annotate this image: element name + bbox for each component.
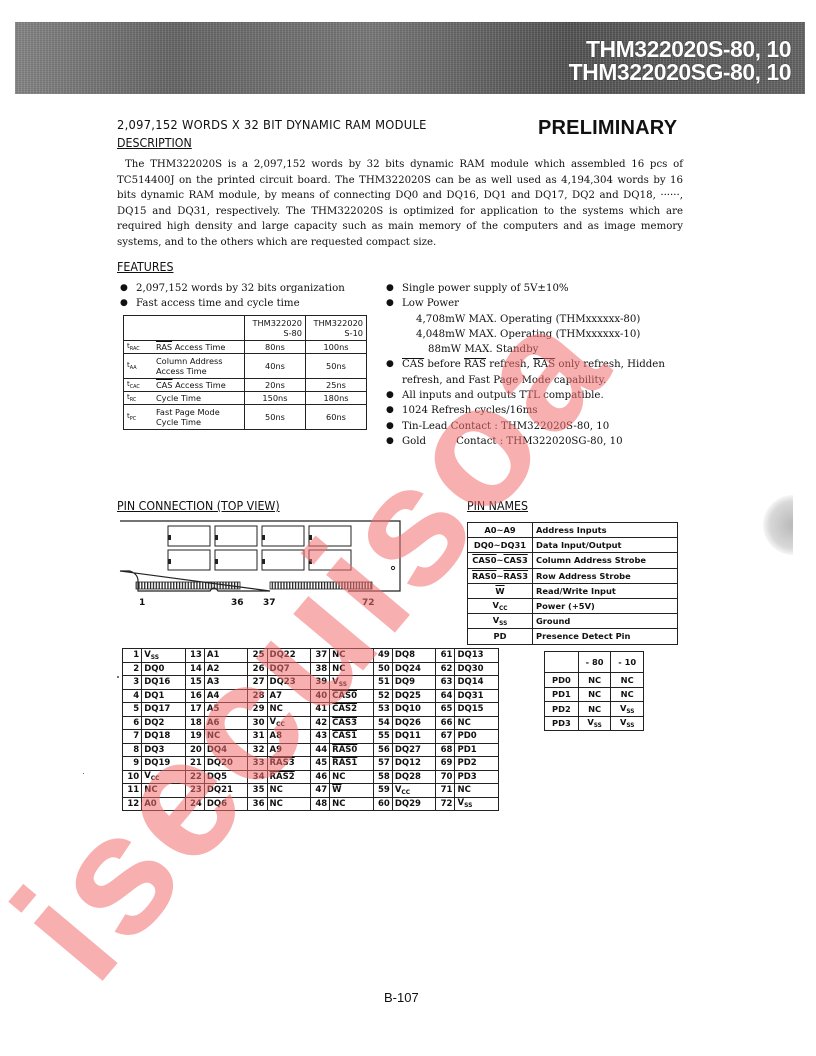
pin-signal: PD3 — [455, 770, 499, 784]
pin-number: 42 — [310, 716, 329, 730]
pin-number: 32 — [248, 743, 267, 757]
pinout-row: 9DQ1921DQ2033RAS345RAS157DQ1269PD2 — [123, 757, 499, 771]
pin-signal: A7 — [267, 689, 310, 703]
pin-name-symbol: A0~A9 — [468, 523, 533, 538]
pin-signal: NC — [330, 662, 373, 676]
pin-number: 15 — [185, 676, 204, 690]
pin-number: 57 — [373, 757, 392, 771]
timing-row: tPCFast Page Mode Cycle Time50ns60ns — [124, 405, 367, 430]
pin-number: 69 — [436, 757, 455, 771]
page-number: B-107 — [384, 990, 419, 1005]
pin-signal: NC — [267, 784, 310, 798]
pin-signal: CAS2 — [330, 703, 373, 717]
pin-name-row: VCCPower (+5V) — [468, 598, 678, 613]
pin-signal: DQ15 — [455, 703, 499, 717]
pin-label-36: 36 — [231, 598, 244, 608]
pin-number: 14 — [185, 662, 204, 676]
pin-number: 21 — [185, 757, 204, 771]
pin-name-description: Row Address Strobe — [533, 568, 678, 583]
pin-number: 2 — [123, 662, 142, 676]
pin-signal: VCC — [392, 784, 435, 798]
pin-signal: VSS — [330, 676, 373, 690]
pin-number: 51 — [373, 676, 392, 690]
pinout-row: 1VSS13A125DQ2237NC49DQ861DQ13 — [123, 649, 499, 663]
pd-value: VSS — [611, 716, 644, 731]
pin-signal: NC — [330, 770, 373, 784]
pin-signal: DQ22 — [267, 649, 310, 663]
pin-label-37: 37 — [263, 598, 276, 608]
pin-number: 53 — [373, 703, 392, 717]
pin-number: 61 — [436, 649, 455, 663]
timing-table: THM322020S-80THM322020S-10tRACRAS Access… — [123, 315, 367, 430]
pin-number: 17 — [185, 703, 204, 717]
timing-parameter: RAS Access Time — [153, 341, 245, 354]
timing-symbol: tAA — [124, 354, 153, 379]
part-number-secondary: THM322020SG-80, 10 — [569, 59, 791, 86]
pd-value: NC — [611, 673, 644, 688]
pin-number: 64 — [436, 689, 455, 703]
presence-detect-table: - 80- 10PD0NCNCPD1NCNCPD2NCVSSPD3VSSVSS — [544, 651, 644, 731]
pin-number: 18 — [185, 716, 204, 730]
pin-signal: A9 — [267, 743, 310, 757]
pin-name-symbol: DQ0~DQ31 — [468, 538, 533, 553]
pin-number: 9 — [123, 757, 142, 771]
timing-value-s10: 60ns — [305, 405, 366, 430]
pin-name-row: DQ0~DQ31Data Input/Output — [468, 538, 678, 553]
pin-number: 39 — [310, 676, 329, 690]
timing-header-row: THM322020S-80THM322020S-10 — [124, 316, 367, 341]
pin-number: 55 — [373, 730, 392, 744]
pd-pin: PD0 — [545, 673, 579, 688]
pin-signal: DQ4 — [204, 743, 247, 757]
pin-signal: A0 — [142, 797, 185, 811]
bullet-icon: ● — [120, 281, 128, 296]
pin-signal: PD0 — [455, 730, 499, 744]
pd-value: VSS — [611, 702, 644, 717]
feature-item: ● 2,097,152 words by 32 bits organizatio… — [117, 281, 377, 296]
pin-names-heading: PIN NAMES — [467, 499, 528, 513]
pinout-table: 1VSS13A125DQ2237NC49DQ861DQ132DQ014A226D… — [122, 648, 499, 811]
pin-signal: A2 — [204, 662, 247, 676]
pin-number: 8 — [123, 743, 142, 757]
pd-column-header: - 80 — [578, 652, 611, 673]
pin-number: 31 — [248, 730, 267, 744]
pin-number: 5 — [123, 703, 142, 717]
pinout-row: 5DQ1717A529NC41CAS253DQ1065DQ15 — [123, 703, 499, 717]
pd-row: PD3VSSVSS — [545, 716, 644, 731]
pin-label-1: 1 — [139, 598, 145, 608]
pin-signal: NC — [142, 784, 185, 798]
description-text: The THM322020S is a 2,097,152 words by 3… — [117, 157, 683, 250]
pin-signal: A4 — [204, 689, 247, 703]
pin-number: 62 — [436, 662, 455, 676]
pin-signal: VSS — [142, 649, 185, 663]
pin-name-symbol: CAS0~CAS3 — [468, 553, 533, 568]
pin-number: 24 — [185, 797, 204, 811]
pin-signal: DQ18 — [142, 730, 185, 744]
pinout-row: 6DQ218A630VCC42CAS354DQ2666NC — [123, 716, 499, 730]
pin-signal: CAS1 — [330, 730, 373, 744]
pin-name-row: VSSGround — [468, 614, 678, 629]
feature-item: ● All inputs and outputs TTL compatible. — [383, 388, 713, 403]
pin-signal: NC — [455, 716, 499, 730]
pin-number: 25 — [248, 649, 267, 663]
pin-number: 22 — [185, 770, 204, 784]
pin-name-row: A0~A9Address Inputs — [468, 523, 678, 538]
pin-signal: NC — [330, 797, 373, 811]
pin-number: 54 — [373, 716, 392, 730]
pin-signal: DQ12 — [392, 757, 435, 771]
pin-number: 28 — [248, 689, 267, 703]
pd-column-header — [545, 652, 579, 673]
pin-number: 36 — [248, 797, 267, 811]
pin-number: 58 — [373, 770, 392, 784]
pin-signal: RAS3 — [267, 757, 310, 771]
pin-signal: NC — [204, 730, 247, 744]
pin-name-row: CAS0~CAS3Column Address Strobe — [468, 553, 678, 568]
timing-parameter: Column Address Access Time — [153, 354, 245, 379]
bullet-icon: ● — [386, 419, 394, 434]
pin-signal: DQ19 — [142, 757, 185, 771]
pd-value: NC — [578, 702, 611, 717]
pin-name-description: Address Inputs — [533, 523, 678, 538]
pin-number: 27 — [248, 676, 267, 690]
pin-signal: DQ25 — [392, 689, 435, 703]
pin-signal: DQ0 — [142, 662, 185, 676]
pinout-row: 8DQ320DQ432A944RAS056DQ2768PD1 — [123, 743, 499, 757]
pd-row: PD2NCVSS — [545, 702, 644, 717]
pin-signal: DQ10 — [392, 703, 435, 717]
features-list-right: ● Single power supply of 5V±10% ● Low Po… — [383, 281, 713, 449]
pin-signal: NC — [330, 649, 373, 663]
pin-signal: W — [330, 784, 373, 798]
pin-signal: DQ21 — [204, 784, 247, 798]
pin-number: 65 — [436, 703, 455, 717]
pin-signal: RAS1 — [330, 757, 373, 771]
pin-number: 48 — [310, 797, 329, 811]
pin-label-72: 72 — [362, 598, 375, 608]
pin-name-symbol: VSS — [468, 614, 533, 629]
pin-number: 46 — [310, 770, 329, 784]
feature-item: ● Tin-Lead Contact : THM322020S-80, 10 — [383, 419, 713, 434]
pin-number: 40 — [310, 689, 329, 703]
pin-signal: DQ26 — [392, 716, 435, 730]
bullet-icon: ● — [120, 296, 128, 311]
pin-signal: DQ17 — [142, 703, 185, 717]
feature-item: ● 1024 Refresh cycles/16ms — [383, 403, 713, 418]
pd-header-row: - 80- 10 — [545, 652, 644, 673]
pin-number: 66 — [436, 716, 455, 730]
pin-signal: A3 — [204, 676, 247, 690]
pin-number: 45 — [310, 757, 329, 771]
feature-item-continuation: refresh, and Fast Page Mode capability. — [383, 373, 713, 388]
pin-number: 41 — [310, 703, 329, 717]
features-heading: FEATURES — [117, 260, 174, 274]
pin-signal: DQ29 — [392, 797, 435, 811]
timing-value-s10: 180ns — [305, 392, 366, 405]
pin-name-description: Ground — [533, 614, 678, 629]
pinout-row: 7DQ1819NC31A843CAS155DQ1167PD0 — [123, 730, 499, 744]
pin-signal: A5 — [204, 703, 247, 717]
pin-name-description: Column Address Strobe — [533, 553, 678, 568]
pin-signal: RAS0 — [330, 743, 373, 757]
pd-column-header: - 10 — [611, 652, 644, 673]
pin-signal: CAS3 — [330, 716, 373, 730]
pin-signal: A8 — [267, 730, 310, 744]
pin-name-symbol: RAS0~RAS3 — [468, 568, 533, 583]
description-heading: DESCRIPTION — [117, 136, 192, 150]
scan-artifact — [763, 495, 793, 555]
pin-signal: NC — [267, 703, 310, 717]
feature-subitem: 4,708mW MAX. Operating (THMxxxxxx-80) — [383, 312, 713, 327]
pin-number: 30 — [248, 716, 267, 730]
pin-signal: DQ28 — [392, 770, 435, 784]
pin-number: 6 — [123, 716, 142, 730]
pin-names-table: A0~A9Address InputsDQ0~DQ31Data Input/Ou… — [467, 522, 678, 645]
pin-name-description: Power (+5V) — [533, 598, 678, 613]
pin-number: 49 — [373, 649, 392, 663]
pin-signal: DQ9 — [392, 676, 435, 690]
timing-symbol: tPC — [124, 405, 153, 430]
timing-value-s80: 40ns — [244, 354, 305, 379]
pinout-row: 3DQ1615A327DQ2339VSS51DQ963DQ14 — [123, 676, 499, 690]
pd-value: NC — [611, 687, 644, 702]
bullet-icon: ● — [386, 296, 394, 311]
pin-number: 10 — [123, 770, 142, 784]
pin-number: 71 — [436, 784, 455, 798]
timing-value-s80: 80ns — [244, 341, 305, 354]
timing-value-s10: 100ns — [305, 341, 366, 354]
pin-signal: DQ1 — [142, 689, 185, 703]
scan-speck — [83, 773, 84, 774]
pd-value: NC — [578, 687, 611, 702]
pin-number: 11 — [123, 784, 142, 798]
pin-name-row: PDPresence Detect Pin — [468, 629, 678, 644]
pin-number: 1 — [123, 649, 142, 663]
pin-number: 33 — [248, 757, 267, 771]
pd-value: NC — [578, 673, 611, 688]
feature-item: ● Low Power — [383, 296, 713, 311]
pin-number: 35 — [248, 784, 267, 798]
timing-value-s80: 20ns — [244, 379, 305, 392]
bullet-icon: ● — [386, 281, 394, 296]
pin-number: 56 — [373, 743, 392, 757]
pin-number: 43 — [310, 730, 329, 744]
pin-number: 13 — [185, 649, 204, 663]
pd-row: PD0NCNC — [545, 673, 644, 688]
pinout-row: 2DQ014A226DQ738NC50DQ2462DQ30 — [123, 662, 499, 676]
pinout-row: 4DQ116A428A740CAS052DQ2564DQ31 — [123, 689, 499, 703]
pd-value: VSS — [578, 716, 611, 731]
pin-number: 20 — [185, 743, 204, 757]
pin-signal: DQ24 — [392, 662, 435, 676]
pin-number: 38 — [310, 662, 329, 676]
pin-signal: A1 — [204, 649, 247, 663]
pin-signal: DQ30 — [455, 662, 499, 676]
feature-item: ● CAS before RAS refresh, RAS only refre… — [383, 357, 713, 372]
pd-pin: PD3 — [545, 716, 579, 731]
feature-subitem: 88mW MAX. Standby — [383, 342, 713, 357]
pin-number: 44 — [310, 743, 329, 757]
document-subtitle: 2,097,152 WORDS X 32 BIT DYNAMIC RAM MOD… — [117, 117, 427, 132]
pin-signal: NC — [267, 797, 310, 811]
pin-name-row: WRead/Write Input — [468, 583, 678, 598]
bullet-icon: ● — [386, 388, 394, 403]
pin-signal: CAS0 — [330, 689, 373, 703]
pin-signal: DQ16 — [142, 676, 185, 690]
feature-item: ● Single power supply of 5V±10% — [383, 281, 713, 296]
pin-name-symbol: PD — [468, 629, 533, 644]
pin-signal: DQ23 — [267, 676, 310, 690]
pin-number: 47 — [310, 784, 329, 798]
pin-signal: PD1 — [455, 743, 499, 757]
pin-signal: DQ31 — [455, 689, 499, 703]
pin-name-description: Presence Detect Pin — [533, 629, 678, 644]
pin-number: 16 — [185, 689, 204, 703]
timing-value-s10: 25ns — [305, 379, 366, 392]
pin-signal: DQ27 — [392, 743, 435, 757]
timing-parameter: CAS Access Time — [153, 379, 245, 392]
features-list-left: ● 2,097,152 words by 32 bits organizatio… — [117, 281, 377, 312]
bullet-icon: ● — [386, 403, 394, 418]
module-outline-diagram — [118, 519, 403, 597]
pin-number: 4 — [123, 689, 142, 703]
pin-number: 34 — [248, 770, 267, 784]
pin-signal: DQ14 — [455, 676, 499, 690]
pin-number: 29 — [248, 703, 267, 717]
pin-number: 63 — [436, 676, 455, 690]
pin-signal: DQ7 — [267, 662, 310, 676]
pd-row: PD1NCNC — [545, 687, 644, 702]
timing-column-header: THM322020S-80 — [244, 316, 305, 341]
pin-signal: DQ11 — [392, 730, 435, 744]
pin-signal: DQ5 — [204, 770, 247, 784]
timing-value-s10: 50ns — [305, 354, 366, 379]
scan-speck — [117, 676, 119, 678]
pin-number: 3 — [123, 676, 142, 690]
pin-number: 52 — [373, 689, 392, 703]
pin-signal: NC — [455, 784, 499, 798]
pin-name-description: Read/Write Input — [533, 583, 678, 598]
timing-header-blank — [124, 316, 245, 341]
pin-number: 37 — [310, 649, 329, 663]
pinout-row: 11NC23DQ2135NC47W59VCC71NC — [123, 784, 499, 798]
timing-value-s80: 150ns — [244, 392, 305, 405]
timing-row: tRACRAS Access Time80ns100ns — [124, 341, 367, 354]
feature-subitem: 4,048mW MAX. Operating (THMxxxxxx-10) — [383, 327, 713, 342]
pin-signal: DQ20 — [204, 757, 247, 771]
pin-signal: A6 — [204, 716, 247, 730]
pin-signal: VCC — [267, 716, 310, 730]
pin-number: 60 — [373, 797, 392, 811]
pin-signal: RAS2 — [267, 770, 310, 784]
pin-number: 50 — [373, 662, 392, 676]
pin-number: 70 — [436, 770, 455, 784]
pin-signal: DQ6 — [204, 797, 247, 811]
pinout-row: 10VCC22DQ534RAS246NC58DQ2870PD3 — [123, 770, 499, 784]
pd-pin: PD1 — [545, 687, 579, 702]
bullet-icon: ● — [386, 357, 394, 372]
pin-connection-heading: PIN CONNECTION (TOP VIEW) — [117, 499, 280, 513]
pin-number: 12 — [123, 797, 142, 811]
timing-column-header: THM322020S-10 — [305, 316, 366, 341]
pin-number: 72 — [436, 797, 455, 811]
pin-signal: DQ3 — [142, 743, 185, 757]
feature-item: ● Fast access time and cycle time — [117, 296, 377, 311]
pin-number: 68 — [436, 743, 455, 757]
timing-row: tCACCAS Access Time20ns25ns — [124, 379, 367, 392]
timing-parameter: Fast Page Mode Cycle Time — [153, 405, 245, 430]
pin-name-symbol: W — [468, 583, 533, 598]
pin-number: 19 — [185, 730, 204, 744]
pin-signal: VSS — [455, 797, 499, 811]
timing-value-s80: 50ns — [244, 405, 305, 430]
timing-row: tRCCycle Time150ns180ns — [124, 392, 367, 405]
timing-symbol: tRAC — [124, 341, 153, 354]
bullet-icon: ● — [386, 434, 394, 449]
pd-pin: PD2 — [545, 702, 579, 717]
pin-number: 59 — [373, 784, 392, 798]
pinout-row: 12A024DQ636NC48NC60DQ2972VSS — [123, 797, 499, 811]
pin-signal: DQ2 — [142, 716, 185, 730]
pin-signal: PD2 — [455, 757, 499, 771]
timing-parameter: Cycle Time — [153, 392, 245, 405]
pin-number: 67 — [436, 730, 455, 744]
pin-signal: DQ13 — [455, 649, 499, 663]
timing-symbol: tRC — [124, 392, 153, 405]
pin-number: 26 — [248, 662, 267, 676]
pin-name-symbol: VCC — [468, 598, 533, 613]
pin-number: 7 — [123, 730, 142, 744]
timing-row: tAAColumn Address Access Time40ns50ns — [124, 354, 367, 379]
timing-symbol: tCAC — [124, 379, 153, 392]
pin-name-row: RAS0~RAS3Row Address Strobe — [468, 568, 678, 583]
header-banner: THM322020S-80, 10 THM322020SG-80, 10 — [15, 22, 805, 94]
pin-signal: VCC — [142, 770, 185, 784]
pin-number: 23 — [185, 784, 204, 798]
preliminary-label: PRELIMINARY — [538, 117, 677, 140]
pin-name-description: Data Input/Output — [533, 538, 678, 553]
pin-signal: DQ8 — [392, 649, 435, 663]
feature-item: ● GoldContact : THM322020SG-80, 10 — [383, 434, 713, 449]
